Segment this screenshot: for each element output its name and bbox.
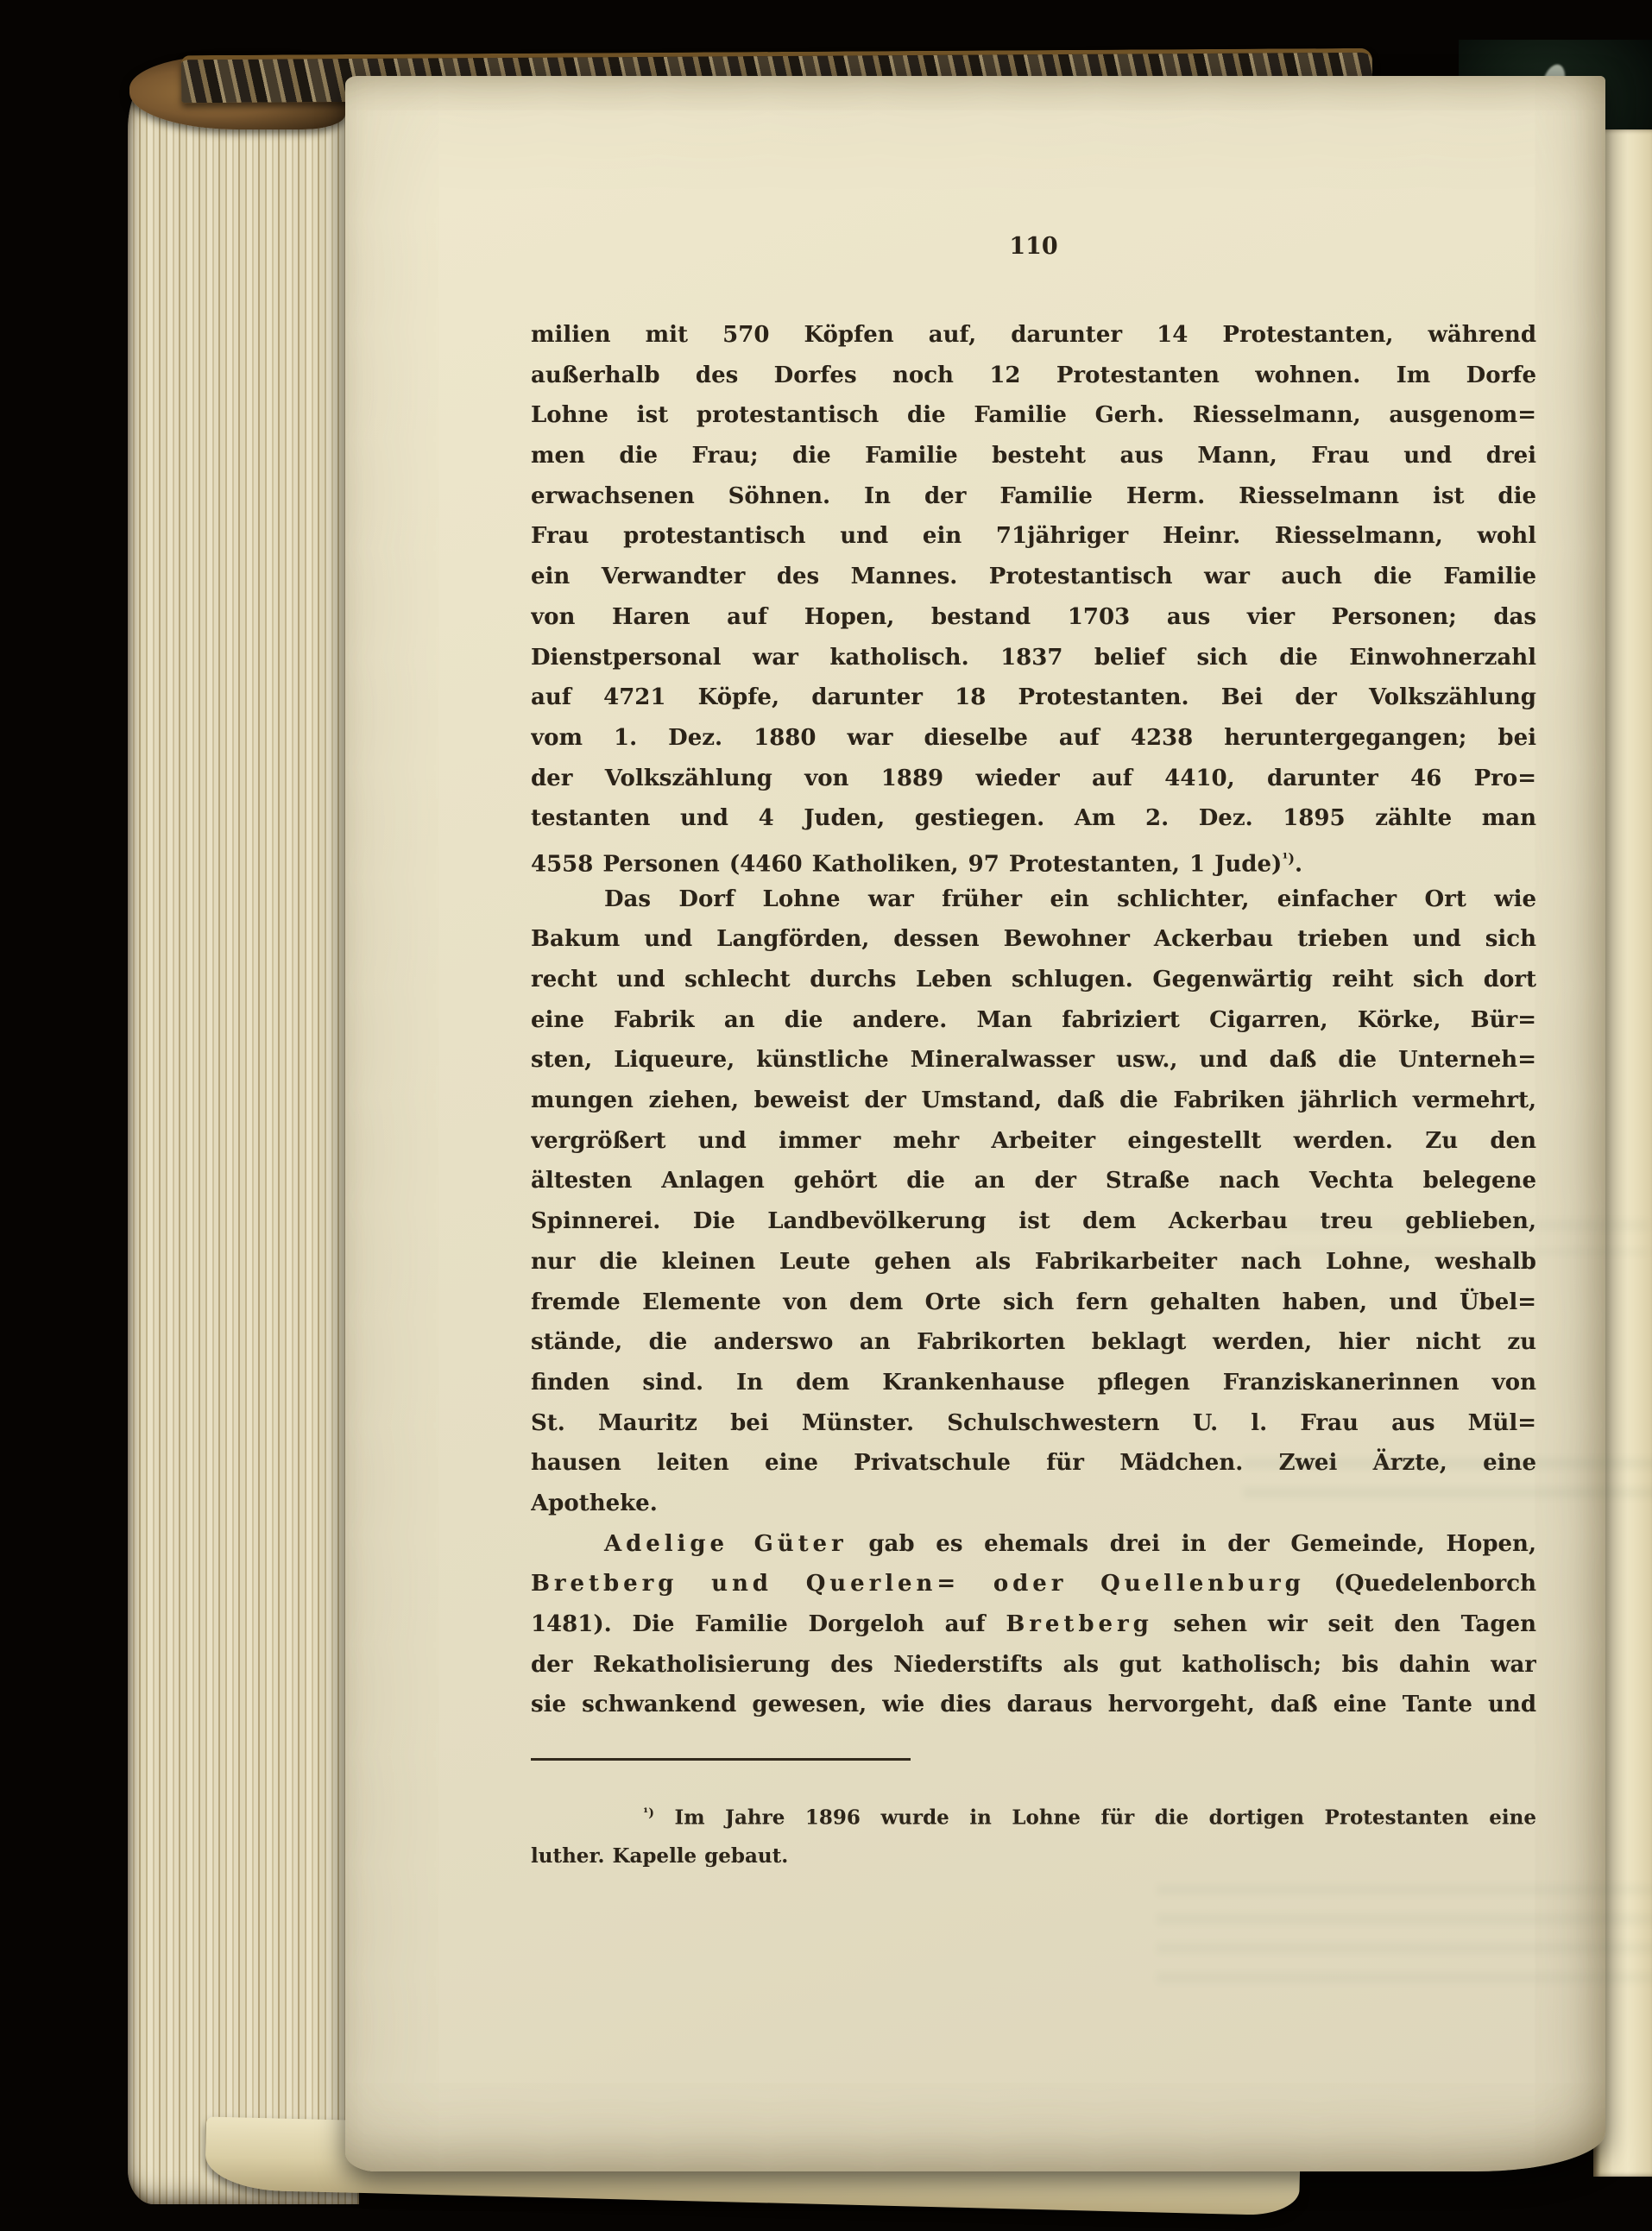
text-line: ein Verwandter des Mannes. Protestantisc…	[531, 557, 1536, 597]
footnote-rule	[531, 1758, 911, 1761]
footnote: ¹) Im Jahre 1896 wurde in Lohne für die …	[531, 1792, 1536, 1878]
text-line: mungen ziehen, beweist der Umstand, daß …	[531, 1081, 1536, 1121]
text-line: fremde Elemente von dem Orte sich fern g…	[531, 1283, 1536, 1323]
text-line: luther. Kapelle gebaut.	[531, 1835, 1536, 1878]
text-line: finden sind. In dem Krankenhause pflegen…	[531, 1363, 1536, 1403]
text-line: Bretberg und Querlen= oder Quellenburg (…	[531, 1564, 1536, 1604]
text-line: vergrößert und immer mehr Arbeiter einge…	[531, 1121, 1536, 1162]
text-line: Dienstpersonal war katholisch. 1837 beli…	[531, 638, 1536, 678]
text-line: St. Mauritz bei Münster. Schulschwestern…	[531, 1403, 1536, 1444]
text-line: sten, Liqueure, künstliche Mineralwasser…	[531, 1040, 1536, 1081]
text-line: nur die kleinen Leute gehen als Fabrikar…	[531, 1242, 1536, 1283]
text-line: erwachsenen Söhnen. In der Familie Herm.…	[531, 476, 1536, 517]
text-line: der Rekatholisierung des Niederstifts al…	[531, 1645, 1536, 1686]
book-page: 110 milien mit 570 Köpfen auf, darunter …	[345, 76, 1605, 2171]
text-line: der Volkszählung von 1889 wieder auf 441…	[531, 759, 1536, 799]
text-line: eine Fabrik an die andere. Man fabrizier…	[531, 1000, 1536, 1041]
body-text: milien mit 570 Köpfen auf, darunter 14 P…	[531, 315, 1536, 1725]
text-line: testanten und 4 Juden, gestiegen. Am 2. …	[531, 798, 1536, 839]
text-line: stände, die anderswo an Fabrikorten bekl…	[531, 1322, 1536, 1363]
text-line: Adelige Güter gab es ehemals drei in der…	[531, 1524, 1536, 1565]
text-line: Bakum und Langförden, dessen Bewohner Ac…	[531, 919, 1536, 960]
text-line: recht und schlecht durchs Leben schlugen…	[531, 960, 1536, 1000]
book-photo: 110 milien mit 570 Köpfen auf, darunter …	[0, 0, 1652, 2231]
text-line: hausen leiten eine Privatschule für Mädc…	[531, 1443, 1536, 1484]
show-through-smudge	[1157, 1876, 1652, 1988]
text-line: Lohne ist protestantisch die Familie Ger…	[531, 395, 1536, 436]
text-line: milien mit 570 Köpfen auf, darunter 14 P…	[531, 315, 1536, 356]
page-number: 110	[531, 233, 1536, 260]
text-line: ¹) Im Jahre 1896 wurde in Lohne für die …	[531, 1792, 1536, 1835]
text-line: 4558 Personen (4460 Katholiken, 97 Prote…	[531, 839, 1536, 879]
text-line: von Haren auf Hopen, bestand 1703 aus vi…	[531, 597, 1536, 638]
text-line: Frau protestantisch und ein 71jähriger H…	[531, 516, 1536, 557]
text-line: ältesten Anlagen gehört die an der Straß…	[531, 1161, 1536, 1201]
text-line: vom 1. Dez. 1880 war dieselbe auf 4238 h…	[531, 718, 1536, 759]
text-line: Apotheke.	[531, 1484, 1536, 1524]
text-line: Das Dorf Lohne war früher ein schlichter…	[531, 879, 1536, 920]
text-line: Spinnerei. Die Landbevölkerung ist dem A…	[531, 1201, 1536, 1242]
text-line: auf 4721 Köpfe, darunter 18 Protestanten…	[531, 677, 1536, 718]
text-line: sie schwankend gewesen, wie dies daraus …	[531, 1685, 1536, 1725]
text-line: außerhalb des Dorfes noch 12 Protestante…	[531, 356, 1536, 396]
text-line: men die Frau; die Familie besteht aus Ma…	[531, 436, 1536, 476]
text-line: 1481). Die Familie Dorgeloh auf Bretberg…	[531, 1604, 1536, 1645]
page-edge-stack	[128, 79, 359, 2204]
